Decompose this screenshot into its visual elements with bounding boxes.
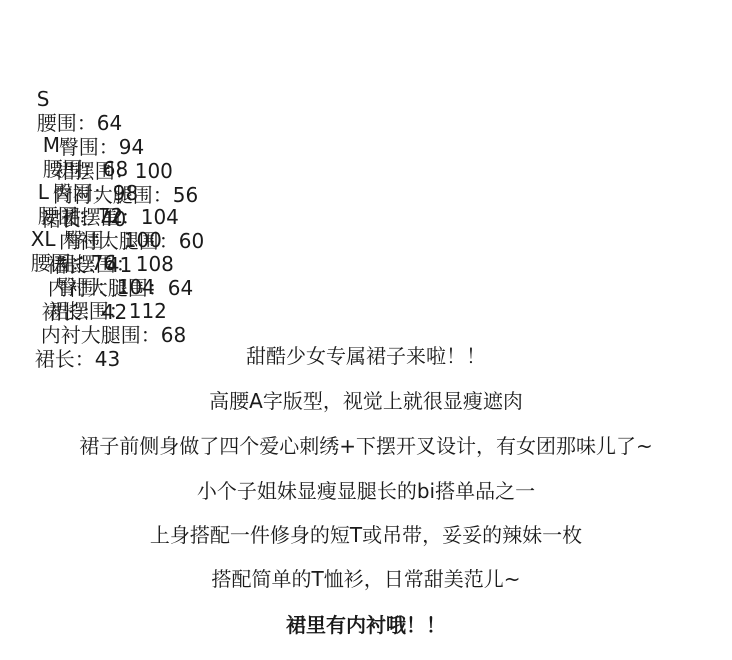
hem-value: 112 bbox=[129, 299, 167, 323]
description-line-4: 小个子姐妹显瘦显腿长的bi搭单品之一 bbox=[0, 479, 732, 503]
hip-value: 104 bbox=[117, 275, 155, 299]
description-line-6: 搭配简单的T恤衫，日常甜美范儿~ bbox=[0, 567, 732, 591]
hem-label: 裙摆围： bbox=[49, 299, 129, 323]
description-line-lining-note: 裙里有内衬哦！！ bbox=[0, 613, 732, 637]
size-label: L bbox=[38, 180, 49, 204]
description-line-1: 甜酷少女专属裙子来啦！！ bbox=[0, 344, 732, 368]
size-label: S bbox=[37, 87, 50, 111]
waist-value: 76 bbox=[91, 251, 116, 275]
description-line-2: 高腰A字版型，视觉上就很显瘦遮肉 bbox=[0, 389, 732, 413]
hip-label: 臀围： bbox=[57, 275, 117, 299]
description-line-3: 裙子前侧身做了四个爱心刺绣+下摆开叉设计，有女团那味儿了~ bbox=[0, 434, 732, 458]
waist-label: 腰围： bbox=[31, 251, 91, 275]
size-label: M bbox=[43, 133, 60, 157]
size-label: XL bbox=[31, 227, 56, 251]
description-line-5: 上身搭配一件修身的短T或吊带，妥妥的辣妹一枚 bbox=[0, 523, 732, 547]
